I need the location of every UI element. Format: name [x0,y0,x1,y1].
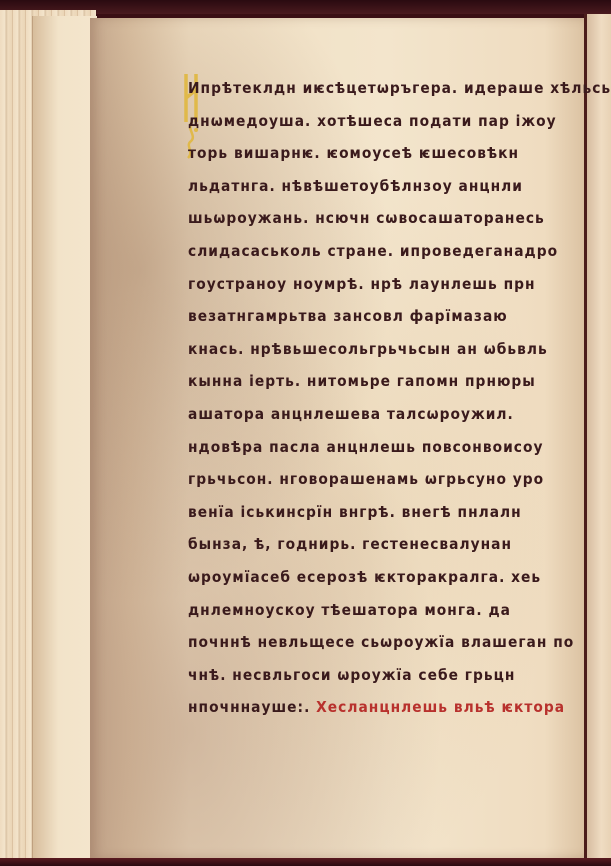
page-stack-top-leaf [32,16,97,862]
text-line-final: нпочннаушe:. Хесланцнлешь вльѣ ѥктора [188,691,556,724]
text-line: льдатнга. нѣвѣшетоубѣлнзоу анцнли [188,170,556,203]
text-line: бынза, ѣ, годнирь. гестенесвалунан [188,528,556,561]
text-line: ѡроумїасеб есерозѣ ѥкторакралга. хеь [188,561,556,594]
text-line: ндовѣра пасла анцнлешь повсонвоисоу [188,431,556,464]
manuscript-text: Ипрѣтеклдн иѥсѣцетѡръгера. идераше хѣльс… [188,72,588,724]
text-line: везатнгамрьтва зансовл фарїмазаю [188,300,556,333]
text-line: ашатора анцнлешева талсѡроужил. [188,398,556,431]
text-line: слидасаськоль стране. ипроведеганадро [188,235,556,268]
text-line: днѡмедоуша. хотѣшеса подати пар іжоу [188,105,556,138]
facing-page-edge [587,14,611,860]
text-line: Ипрѣтеклдн иѥсѣцетѡръгера. идераше хѣльс… [188,72,556,105]
rubric-heading: Хесланцнлешь вльѣ ѥктора [316,698,565,716]
text-line: торь вишарнѥ. ѥомоусеѣ ѥшесовѣкн [188,137,556,170]
text-segment: нпочннаушe:. [188,698,310,716]
text-line: шьѡроужань. нсючн сѡвосашаторанесь [188,202,556,235]
text-line: почннѣ невльщесе сьѡроужїа влашеган по [188,626,556,659]
text-line: грьчьсон. нговорашенамь ѡгрьсуно уро [188,463,556,496]
text-line: чнѣ. несвльгоси ѡроужїа себе грьцн [188,659,556,692]
text-line: венїа іськинсрїн внгрѣ. внегѣ пнлалн [188,496,556,529]
text-line: кнась. нрѣвьшесольгрьчьсын ан ѡбьвль [188,333,556,366]
page-stack-edges [0,10,96,860]
text-line: гоустраноу ноумрѣ. нрѣ лаунлешь прн [188,268,556,301]
text-line: днлемноускоу тѣешатора монга. да [188,594,556,627]
text-line: кынна іерть. нитомьре гапомн прнюры [188,365,556,398]
book-binding-bottom [0,858,611,866]
